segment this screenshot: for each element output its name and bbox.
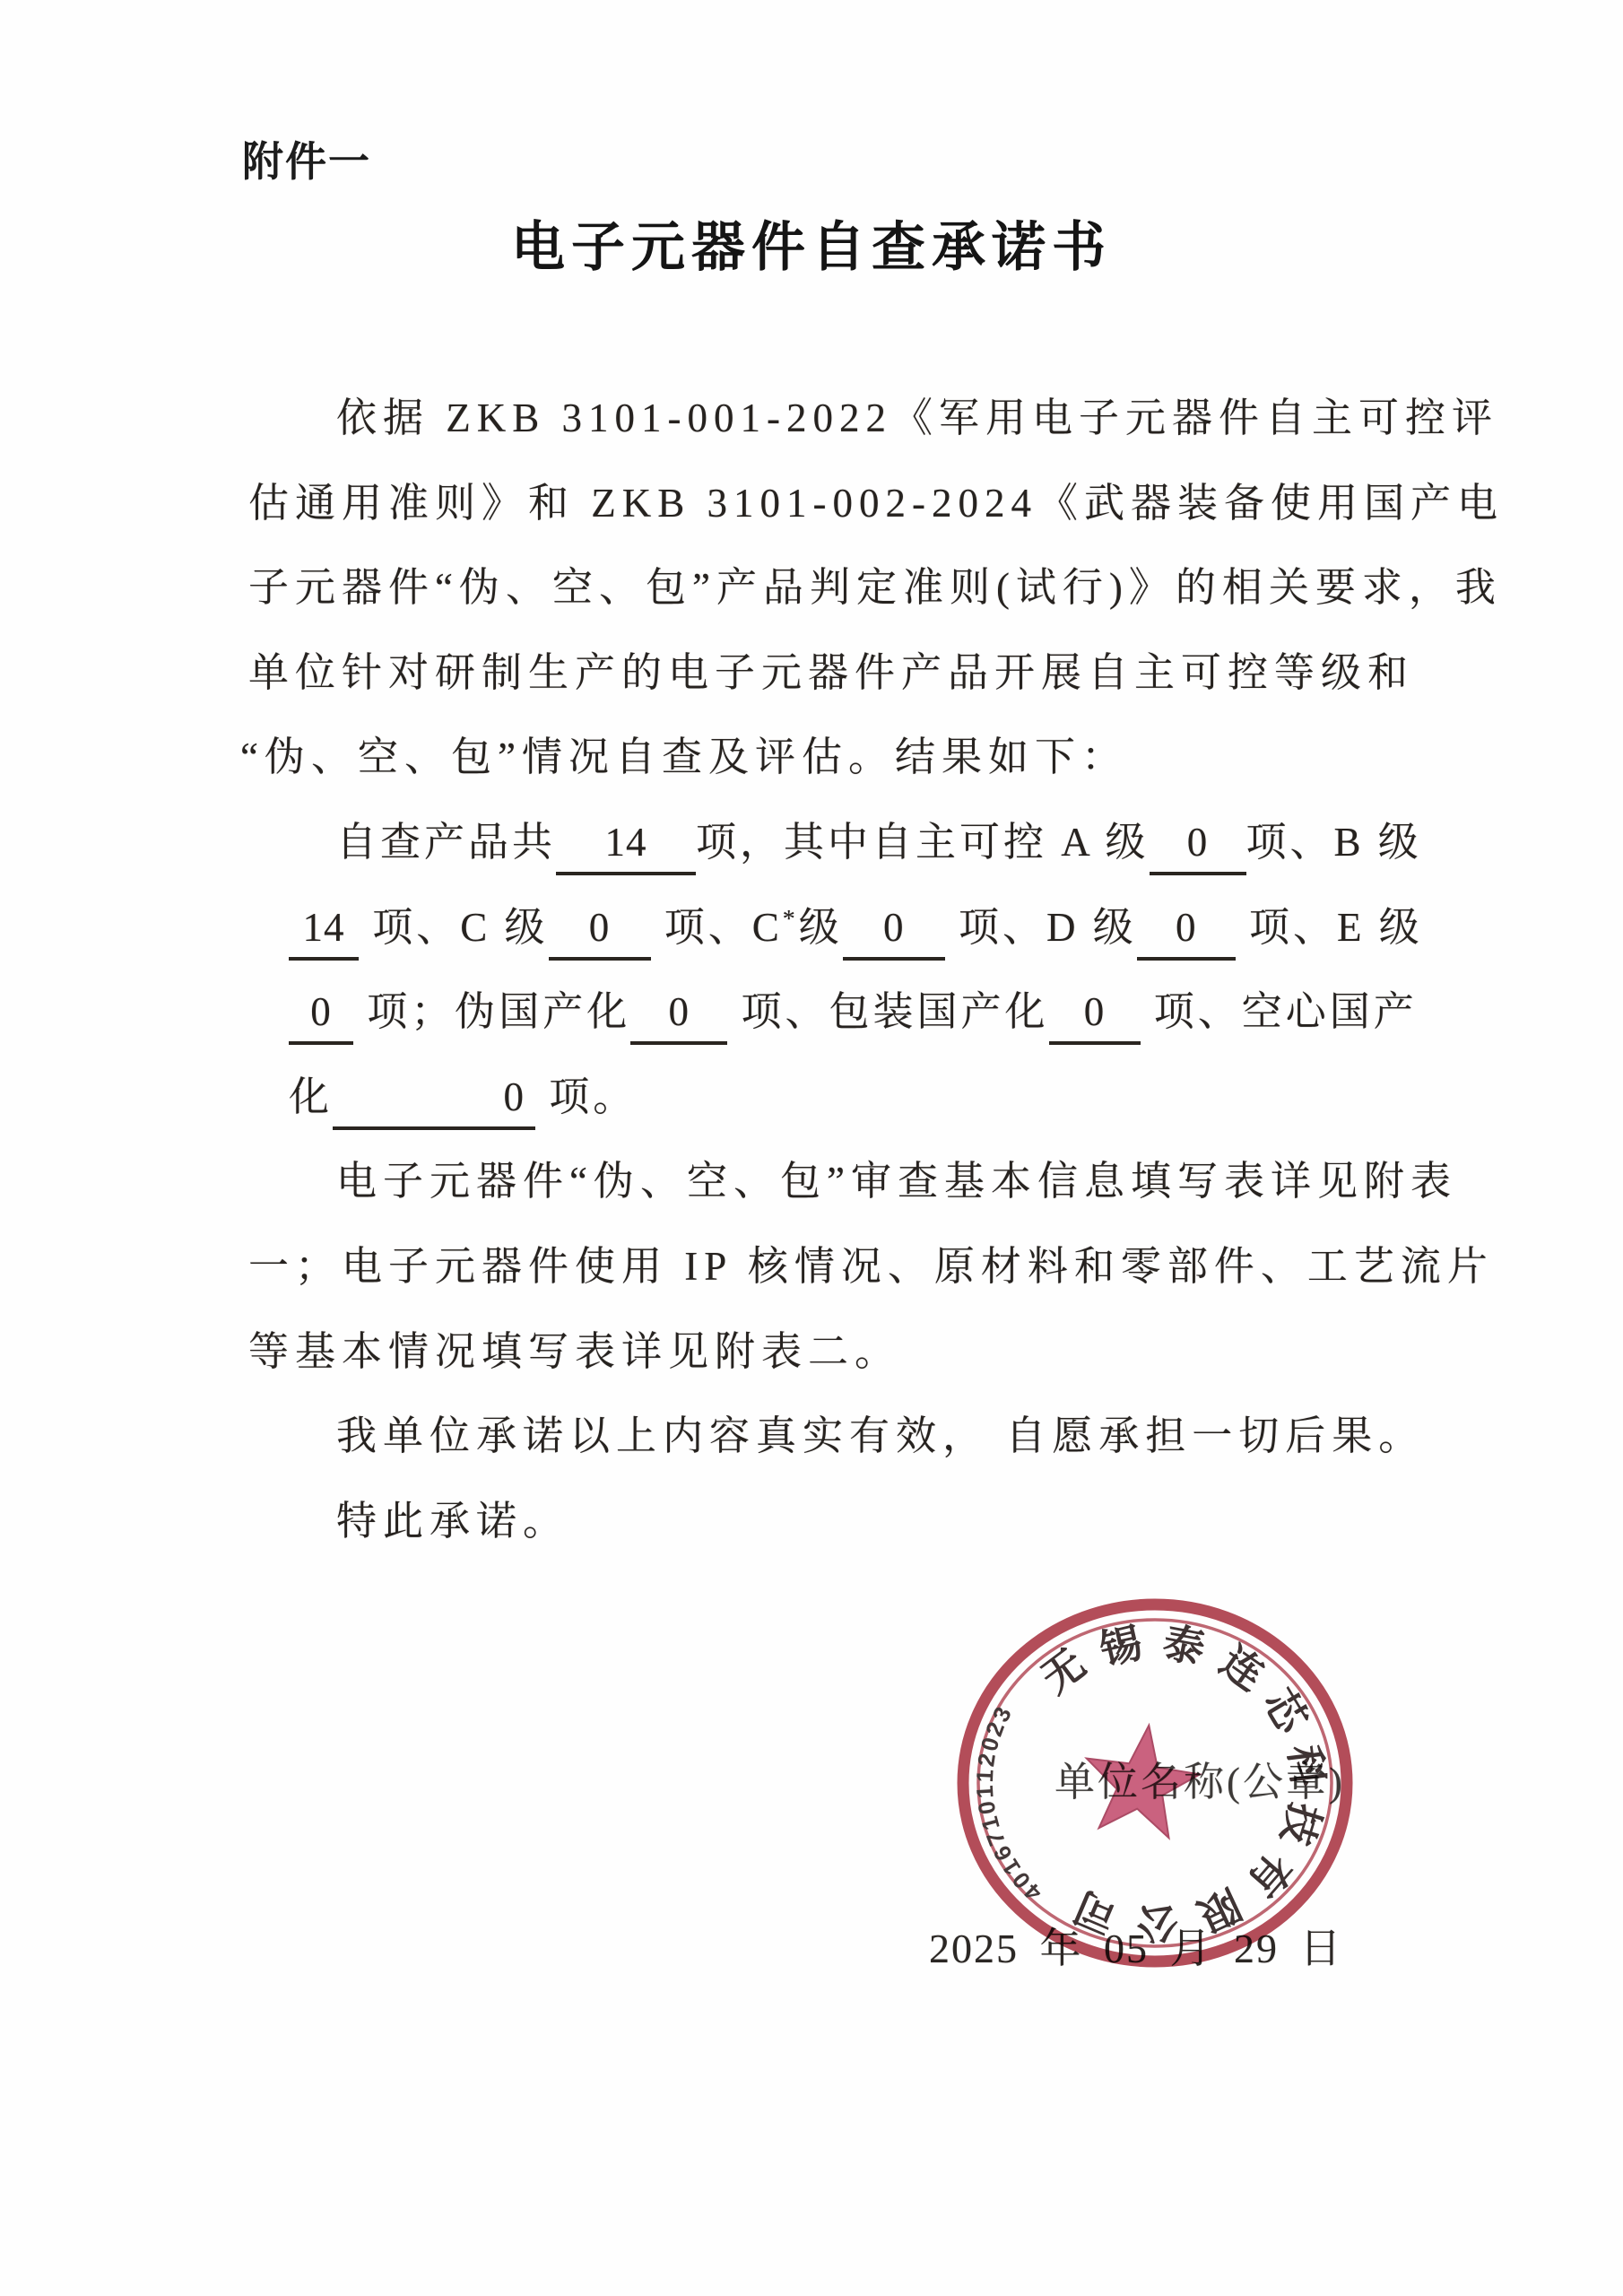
body-line: 14 项、C 级0 项、C*级0 项、D 级0 项、E 级 [289, 894, 1423, 961]
form-blank-value: 14 [289, 904, 359, 961]
body-line: “伪、空、包”情况自查及评估。结果如下： [240, 724, 1128, 782]
form-blank-value: 14 [556, 819, 696, 875]
body-line: 单位针对研制生产的电子元器件产品开展自主可控等级和 [248, 639, 1414, 698]
form-blank-value: 0 [1049, 988, 1141, 1045]
form-blank-value: 0 [549, 904, 651, 961]
seal-ring-glyph: 有 [1239, 1844, 1301, 1906]
seal-ring-glyph: 连 [1212, 1637, 1273, 1699]
seal-serial-number-arc: 3202110176104 [971, 1702, 1047, 1906]
body-line: 等基本情况填写表详见附表二。 [248, 1318, 901, 1377]
body-line: 自查产品共14项，其中自主可控 A 级0项、B 级 [336, 809, 1422, 875]
seal-star-icon [1087, 1726, 1200, 1839]
seal-ring-glyph: 公 [1137, 1900, 1179, 1947]
superscript-mark: * [783, 905, 799, 933]
seal-ring-glyph: 司 [1067, 1883, 1124, 1942]
body-line: 一；电子元器件使用 IP 核情况、原材料和零部件、工艺流片 [248, 1233, 1494, 1291]
body-line: 化0 项。 [289, 1064, 637, 1130]
seal-ring-glyph: 泰 [1159, 1619, 1209, 1673]
body-line: 0 项；伪国产化0 项、包装国产化0 项、空心国产 [289, 978, 1418, 1045]
form-blank-value: 0 [843, 904, 945, 961]
company-seal-stamp: 无锡泰连芯科技有限公司 3202110176104 [949, 1592, 1361, 1978]
seal-ring-glyph: 2 [972, 1752, 1001, 1769]
form-blank-value: 0 [289, 988, 353, 1045]
seal-ring-glyph: 无 [1033, 1639, 1094, 1701]
form-blank-value: 0 [630, 988, 727, 1045]
body-line: 依据 ZKB 3101-001-2022《军用电子元器件自主可控评 [336, 385, 1498, 443]
seal-ring-glyph: 1 [971, 1769, 999, 1783]
body-line: 特此承诺。 [336, 1488, 569, 1546]
body-line: 我单位承诺以上内容真实有效， 自愿承担一切后果。 [336, 1403, 1425, 1461]
seal-ring-glyph: 1 [971, 1785, 999, 1799]
body-line: 子元器件“伪、空、包”产品判定准则(试行)》的相关要求，我 [248, 554, 1502, 613]
form-blank-value: 0 [1150, 819, 1246, 875]
body-line: 电子元器件“伪、空、包”审查基本信息填写表详见附表 [336, 1148, 1457, 1206]
form-blank-value: 0 [1137, 904, 1236, 961]
seal-ring-glyph: 0 [972, 1799, 1001, 1816]
seal-ring-glyph: 芯 [1255, 1681, 1317, 1742]
page-title: 电子元器件自查承诺书 [0, 204, 1623, 282]
seal-ring-glyph: 锡 [1096, 1619, 1147, 1674]
seal-ring-glyph: 科 [1280, 1743, 1332, 1789]
attachment-label: 附件一 [242, 129, 371, 188]
form-blank-value: 0 [333, 1074, 535, 1130]
seal-ring-glyph: 限 [1191, 1880, 1248, 1940]
scanned-document-page: 附件一 电子元器件自查承诺书 依据 ZKB 3101-001-2022《军用电子… [0, 0, 1623, 2296]
body-line: 估通用准则》和 ZKB 3101-002-2024《武器装备使用国产电 [248, 470, 1504, 528]
